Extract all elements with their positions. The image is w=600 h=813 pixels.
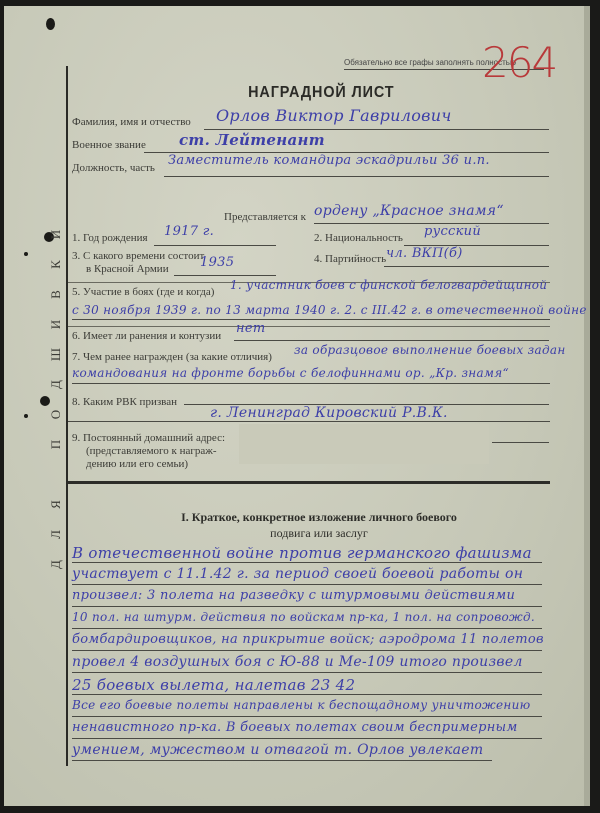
narrative-line: ненавистного пр-ка. В боевых полетах сво… [72, 720, 518, 735]
narrative-line: Все его боевые полеты направлены к беспо… [72, 698, 531, 712]
nominated-label: Представляется к [224, 211, 306, 223]
side-letter: В [48, 289, 64, 299]
battles-value-line1: 1. участник боев с финской белогвардейщи… [230, 278, 547, 292]
side-letter: И [48, 229, 64, 239]
name-value: Орлов Виктор Гаврилович [216, 106, 452, 125]
party-line [384, 266, 549, 267]
paper-edge [584, 6, 590, 806]
battles-line [72, 319, 550, 320]
party-label: 4. Партийность [314, 253, 386, 265]
side-letter: Л [48, 529, 64, 539]
nationality-label: 2. Национальность [314, 232, 403, 244]
narrative-line: В отечественной войне против германского… [72, 544, 532, 562]
rank-label: Военное звание [72, 139, 146, 151]
prev-awards-line1: за образцовое выполнение боевых задан [294, 343, 566, 357]
section-divider [68, 481, 550, 484]
side-letter: Я [48, 499, 64, 509]
army-since-value: 1935 [200, 255, 234, 270]
narrative-line: участвует с 11.1.42 г. за период своей б… [72, 566, 523, 582]
wounds-line [234, 340, 549, 341]
prev-awards-line2: командования на фронте борьбы с белофинн… [72, 366, 509, 380]
section1-heading-1: I. Краткое, конкретное изложение личного… [89, 510, 549, 525]
battles-label: 5. Участие в боях (где и когда) [72, 286, 214, 298]
punch-hole [24, 414, 28, 418]
section1-heading-2: подвига или заслуг [89, 526, 549, 541]
position-line [164, 176, 549, 177]
ruled-line [72, 628, 542, 629]
address-label-2: (представляемого к награж- [86, 445, 217, 457]
army-since-label-2: в Красной Армии [86, 263, 169, 275]
side-label-for-binding: И К В И Ш Д О П Я Л Д [49, 226, 63, 572]
ruled-line [72, 738, 542, 739]
address-line [492, 442, 549, 443]
ruled-line [72, 760, 492, 761]
name-line [204, 129, 549, 130]
narrative-line: 25 боевых вылета, налетав 23 42 [72, 676, 355, 694]
redacted-address [239, 424, 489, 464]
side-letter: О [48, 409, 64, 419]
divider [68, 326, 550, 327]
battles-value-line2: с 30 ноября 1939 г. по 13 марта 1940 г. … [72, 303, 587, 317]
narrative-line: бомбардировщиков, на прикрытие войск; аэ… [72, 632, 544, 647]
party-value: чл. ВКП(б) [386, 246, 463, 261]
rank-value: ст. Лейтенант [179, 131, 325, 149]
side-letter: И [48, 319, 64, 329]
ruled-line [72, 694, 542, 695]
side-letter: П [48, 439, 64, 449]
birth-year-line [154, 245, 276, 246]
birth-year-value: 1917 г. [164, 224, 214, 239]
address-label-3: дению или его семьи) [86, 458, 188, 470]
punch-hole [46, 18, 55, 30]
narrative-line: умением, мужеством и отвагой т. Орлов ув… [72, 742, 483, 758]
position-value: Заместитель командира эскадрильи 36 и.п. [168, 153, 490, 168]
ruled-line [72, 584, 542, 585]
punch-hole [24, 252, 28, 256]
rvk-line-2 [68, 421, 550, 422]
ruled-line [72, 562, 542, 563]
rvk-value: г. Ленинград Кировский Р.В.К. [210, 405, 448, 421]
position-label: Должность, часть [72, 162, 155, 174]
birth-year-label: 1. Год рождения [72, 232, 148, 244]
army-since-label-1: 3. С какого времени состоит [72, 250, 204, 262]
ruled-line [72, 606, 542, 607]
award-sheet-paper: И К В И Ш Д О П Я Л Д Обязательно все гр… [4, 6, 590, 806]
narrative-line: 10 пол. на штурм. действия по войскам пр… [72, 610, 535, 624]
narrative-line: произвел: 3 полета на разведку с штурмов… [72, 588, 515, 603]
archive-number: 264 [482, 38, 556, 87]
wounds-value: нет [236, 321, 265, 336]
ruled-line [72, 650, 542, 651]
side-letter: Д [48, 379, 64, 389]
army-since-line [174, 275, 276, 276]
document-title: НАГРАДНОЙ ЛИСТ [248, 84, 394, 102]
prev-awards-label: 7. Чем ранее награжден (за какие отличия… [72, 351, 272, 363]
rvk-label: 8. Каким РВК призван [72, 396, 177, 408]
wounds-label: 6. Имеет ли ранения и контузии [72, 330, 221, 342]
address-label-1: 9. Постоянный домашний адрес: [72, 432, 225, 444]
narrative-line: провел 4 воздушных боя с Ю-88 и Ме-109 и… [72, 654, 523, 670]
binding-margin-line [66, 66, 68, 766]
ruled-line [72, 716, 542, 717]
ruled-line [72, 672, 542, 673]
nationality-value: русский [424, 224, 481, 239]
side-letter: К [48, 259, 64, 269]
prev-awards-line [72, 383, 550, 384]
nominated-value: ордену „Красное знамя“ [314, 203, 504, 219]
side-letter: Д [48, 559, 64, 569]
name-label: Фамилия, имя и отчество [72, 116, 191, 128]
side-letter: Ш [48, 347, 64, 361]
